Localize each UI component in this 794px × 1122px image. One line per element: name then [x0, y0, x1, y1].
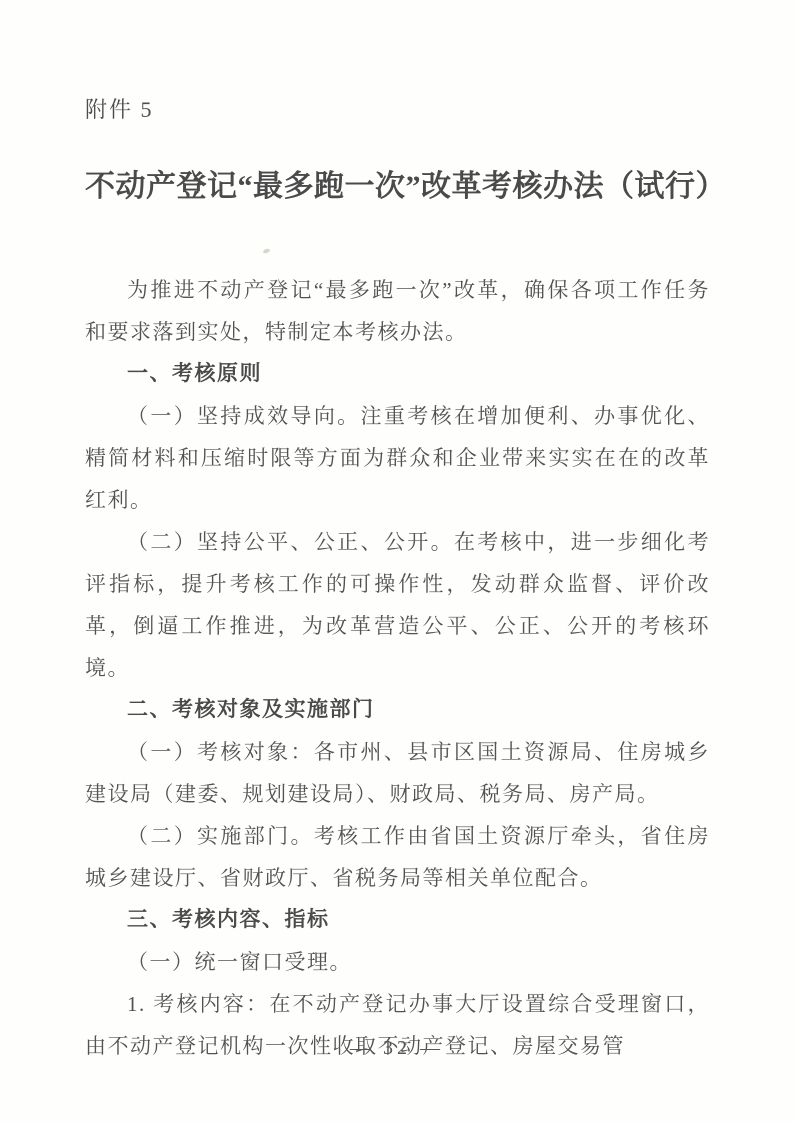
body-paragraph: （一）统一窗口受理。	[85, 941, 710, 983]
body-paragraph: （二）实施部门。考核工作由省国土资源厅牵头，省住房城乡建设厅、省财政厅、省税务局…	[85, 815, 710, 899]
body-paragraph: （一）考核对象：各市州、县市区国土资源局、住房城乡建设局（建委、规划建设局）、财…	[85, 731, 710, 815]
document-body: 为推进不动产登记“最多跑一次”改革，确保各项工作任务和要求落到实处，特制定本考核…	[85, 269, 710, 1067]
page-number: — 32 —	[0, 1037, 794, 1060]
section-heading-2: 二、考核对象及实施部门	[85, 689, 710, 731]
scan-artifact	[263, 248, 271, 254]
section-heading-1: 一、考核原则	[85, 353, 710, 395]
body-paragraph: （二）坚持公平、公正、公开。在考核中，进一步细化考评指标，提升考核工作的可操作性…	[85, 521, 710, 689]
section-heading-3: 三、考核内容、指标	[85, 899, 710, 941]
document-page: 附件 5 不动产登记“最多跑一次”改革考核办法（试行） 为推进不动产登记“最多跑…	[0, 0, 794, 1122]
document-title: 不动产登记“最多跑一次”改革考核办法（试行）	[85, 167, 710, 207]
body-paragraph: （一）坚持成效导向。注重考核在增加便利、办事优化、精简材料和压缩时限等方面为群众…	[85, 395, 710, 521]
attachment-label: 附件 5	[85, 95, 710, 125]
intro-paragraph: 为推进不动产登记“最多跑一次”改革，确保各项工作任务和要求落到实处，特制定本考核…	[85, 269, 710, 353]
